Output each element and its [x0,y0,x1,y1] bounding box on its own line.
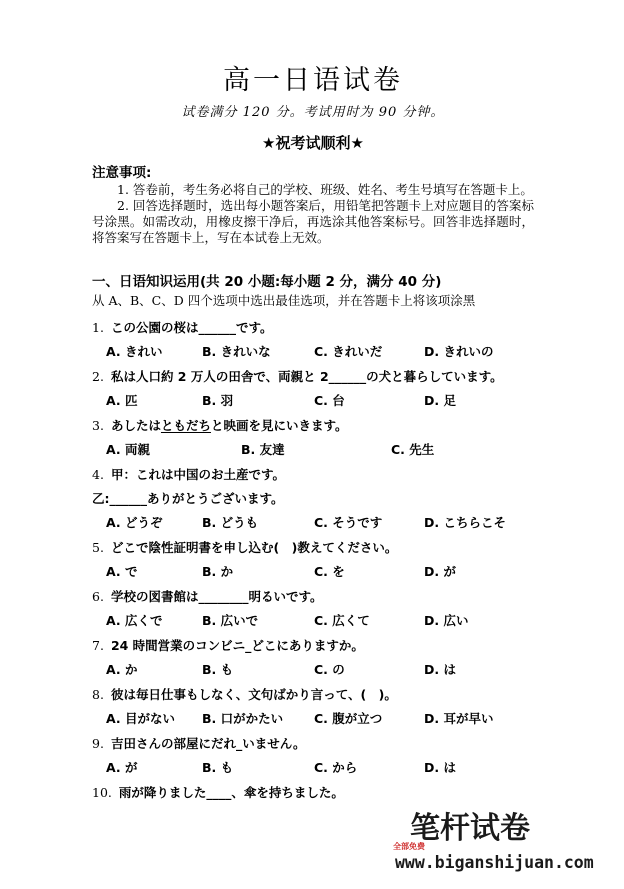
question-stem: 1.この公園の桜は______です。 [92,318,534,338]
stem-part: どこで陰性証明書を申し込む( )教えてください。 [111,540,397,555]
stem-part: 甲：これは中国のお土産です。 [111,467,285,482]
option-cell: B. も [202,758,314,778]
option-cell: D. きれいの [424,342,534,362]
question-list: 1.この公園の桜は______です。A. きれいB. きれいなC. きれいだD.… [92,318,534,803]
option-cell: C. そうです [314,513,424,533]
option-row: A. どうぞB. どうもC. そうですD. こちらこそ [92,513,534,533]
option-cell: A. か [106,660,202,680]
option-cell: C. を [314,562,424,582]
option-cell: D. は [424,660,534,680]
watermark-free-label: 全部免费 [393,842,425,851]
option-cell: D. は [424,758,534,778]
question: 10.雨が降りました____、傘を持ちました。 [92,783,534,803]
option-row: A. 両親B. 友達C. 先生 [92,440,534,460]
option-cell: A. どうぞ [106,513,202,533]
question-text: どこで陰性証明書を申し込む( )教えてください。 [111,538,397,558]
notice-item: 1. 答卷前，考生务必将自己的学校、班级、姓名、考生号填写在答题卡上。 [92,182,534,198]
option-cell: A. きれい [106,342,202,362]
notice-item: 2. 回答选择题时，选出每小题答案后，用铅笔把答题卡上对应题目的答案标号涂黑。如… [92,198,534,246]
wish-banner: ★祝考试顺利★ [92,134,534,152]
question-number: 1. [92,318,104,338]
option-row: A. がB. もC. からD. は [92,758,534,778]
question-stem: 4.甲：これは中国のお土産です。 [92,465,534,485]
question: 2.私は人口約 2 万人の田舎で、両親と 2______の犬と暮らしています。A… [92,367,534,411]
question-stem: 5.どこで陰性証明書を申し込む( )教えてください。 [92,538,534,558]
option-row: A. きれいB. きれいなC. きれいだD. きれいの [92,342,534,362]
exam-subtitle: 试卷满分 120 分。考试用时为 90 分钟。 [92,105,534,121]
question-text: 24 時間営業のコンビニ_どこにありますか。 [111,636,364,656]
option-cell: A. が [106,758,202,778]
option-row: A. かB. もC. のD. は [92,660,534,680]
option-row: A. 広くでB. 広いでC. 広くてD. 広い [92,611,534,631]
option-cell: C. の [314,660,424,680]
question-stem: 3.あしたはともだちと映画を見にいきます。 [92,416,534,436]
question-number: 2. [92,367,104,387]
option-cell: A. 匹 [106,391,202,411]
option-cell: C. 先生 [391,440,534,460]
option-cell: D. 耳が早い [424,709,534,729]
question-text: 吉田さんの部屋にだれ_いません。 [111,734,306,754]
section-heading: 一、日语知识运用(共 20 小题:每小题 2 分，满分 40 分) [92,273,534,291]
option-row: A. でB. かC. をD. が [92,562,534,582]
option-cell: A. で [106,562,202,582]
watermark-site-name: 笔杆试卷 [410,812,530,846]
question-stem: 8.彼は毎日仕事もしなく、文句ばかり言って、( )。 [92,685,534,705]
question-number: 8. [92,685,104,705]
stem-part: 吉田さんの部屋にだれ_いません。 [111,736,306,751]
question-stem-line2: 乙:______ありがとうございます。 [92,489,534,509]
option-cell: C. 広くて [314,611,424,631]
stem-part: と映画を見にいきます。 [211,418,348,433]
question: 1.この公園の桜は______です。A. きれいB. きれいなC. きれいだD.… [92,318,534,362]
question: 7.24 時間営業のコンビニ_どこにありますか。A. かB. もC. のD. は [92,636,534,680]
stem-part: 彼は毎日仕事もしなく、文句ばかり言って、( )。 [111,687,397,702]
question-number: 9. [92,734,104,754]
question: 5.どこで陰性証明書を申し込む( )教えてください。A. でB. かC. をD.… [92,538,534,582]
option-cell: B. 羽 [202,391,314,411]
underlined-term: ともだち [161,418,211,433]
question-text: 学校の図書館は________明るいです。 [111,587,323,607]
question-text: あしたはともだちと映画を見にいきます。 [111,416,348,436]
stem-part: あしたは [111,418,161,433]
question: 6.学校の図書館は________明るいです。A. 広くでB. 広いでC. 広く… [92,587,534,631]
option-cell: B. か [202,562,314,582]
option-cell: C. 台 [314,391,424,411]
question-stem: 6.学校の図書館は________明るいです。 [92,587,534,607]
question: 3.あしたはともだちと映画を見にいきます。A. 両親B. 友達C. 先生 [92,416,534,460]
option-cell: A. 広くで [106,611,202,631]
question: 8.彼は毎日仕事もしなく、文句ばかり言って、( )。A. 目がないB. 口がかた… [92,685,534,729]
question-stem: 9.吉田さんの部屋にだれ_いません。 [92,734,534,754]
question-stem: 2.私は人口約 2 万人の田舎で、両親と 2______の犬と暮らしています。 [92,367,534,387]
question-stem: 10.雨が降りました____、傘を持ちました。 [92,783,534,803]
stem-part: 私は人口約 2 万人の田舎で、両親と 2______の犬と暮らしています。 [111,369,503,384]
question-number: 7. [92,636,104,656]
question-text: 彼は毎日仕事もしなく、文句ばかり言って、( )。 [111,685,397,705]
option-cell: A. 両親 [106,440,241,460]
exam-paper-page: 高一日语试卷 试卷满分 120 分。考试用时为 90 分钟。 ★祝考试顺利★ 注… [0,0,624,889]
question-number: 10. [92,783,112,803]
option-cell: C. きれいだ [314,342,424,362]
stem-part: 学校の図書館は________明るいです。 [111,589,323,604]
option-cell: B. どうも [202,513,314,533]
option-cell: B. も [202,660,314,680]
option-row: A. 目がないB. 口がかたいC. 腹が立つD. 耳が早い [92,709,534,729]
option-cell: A. 目がない [106,709,202,729]
stem-part: この公園の桜は______です。 [111,320,273,335]
option-cell: B. 友達 [241,440,391,460]
notices-heading: 注意事项: [92,165,534,182]
option-cell: D. 広い [424,611,534,631]
question-stem: 7.24 時間営業のコンビニ_どこにありますか。 [92,636,534,656]
question-number: 6. [92,587,104,607]
question-text: この公園の桜は______です。 [111,318,273,338]
option-cell: B. 口がかたい [202,709,314,729]
question-number: 4. [92,465,104,485]
question-number: 5. [92,538,104,558]
section-instruction: 从 A、B、C、D 四个选项中选出最佳选项，并在答题卡上将该项涂黑 [92,293,534,309]
option-cell: B. きれいな [202,342,314,362]
option-cell: C. 腹が立つ [314,709,424,729]
option-cell: D. 足 [424,391,534,411]
question: 9.吉田さんの部屋にだれ_いません。A. がB. もC. からD. は [92,734,534,778]
question: 4.甲：これは中国のお土産です。乙:______ありがとうございます。A. どう… [92,465,534,533]
watermark-site-url: www.biganshijuan.com [395,853,594,873]
question-text: 私は人口約 2 万人の田舎で、両親と 2______の犬と暮らしています。 [111,367,503,387]
option-cell: B. 広いで [202,611,314,631]
option-row: A. 匹B. 羽C. 台D. 足 [92,391,534,411]
page-title: 高一日语试卷 [92,66,534,96]
option-cell: C. から [314,758,424,778]
stem-part: 24 時間営業のコンビニ_どこにありますか。 [111,638,364,653]
option-cell: D. が [424,562,534,582]
question-number: 3. [92,416,104,436]
option-cell: D. こちらこそ [424,513,534,533]
stem-part: 雨が降りました____、傘を持ちました。 [119,785,344,800]
question-text: 雨が降りました____、傘を持ちました。 [119,783,344,803]
question-text: 甲：これは中国のお土産です。 [111,465,285,485]
